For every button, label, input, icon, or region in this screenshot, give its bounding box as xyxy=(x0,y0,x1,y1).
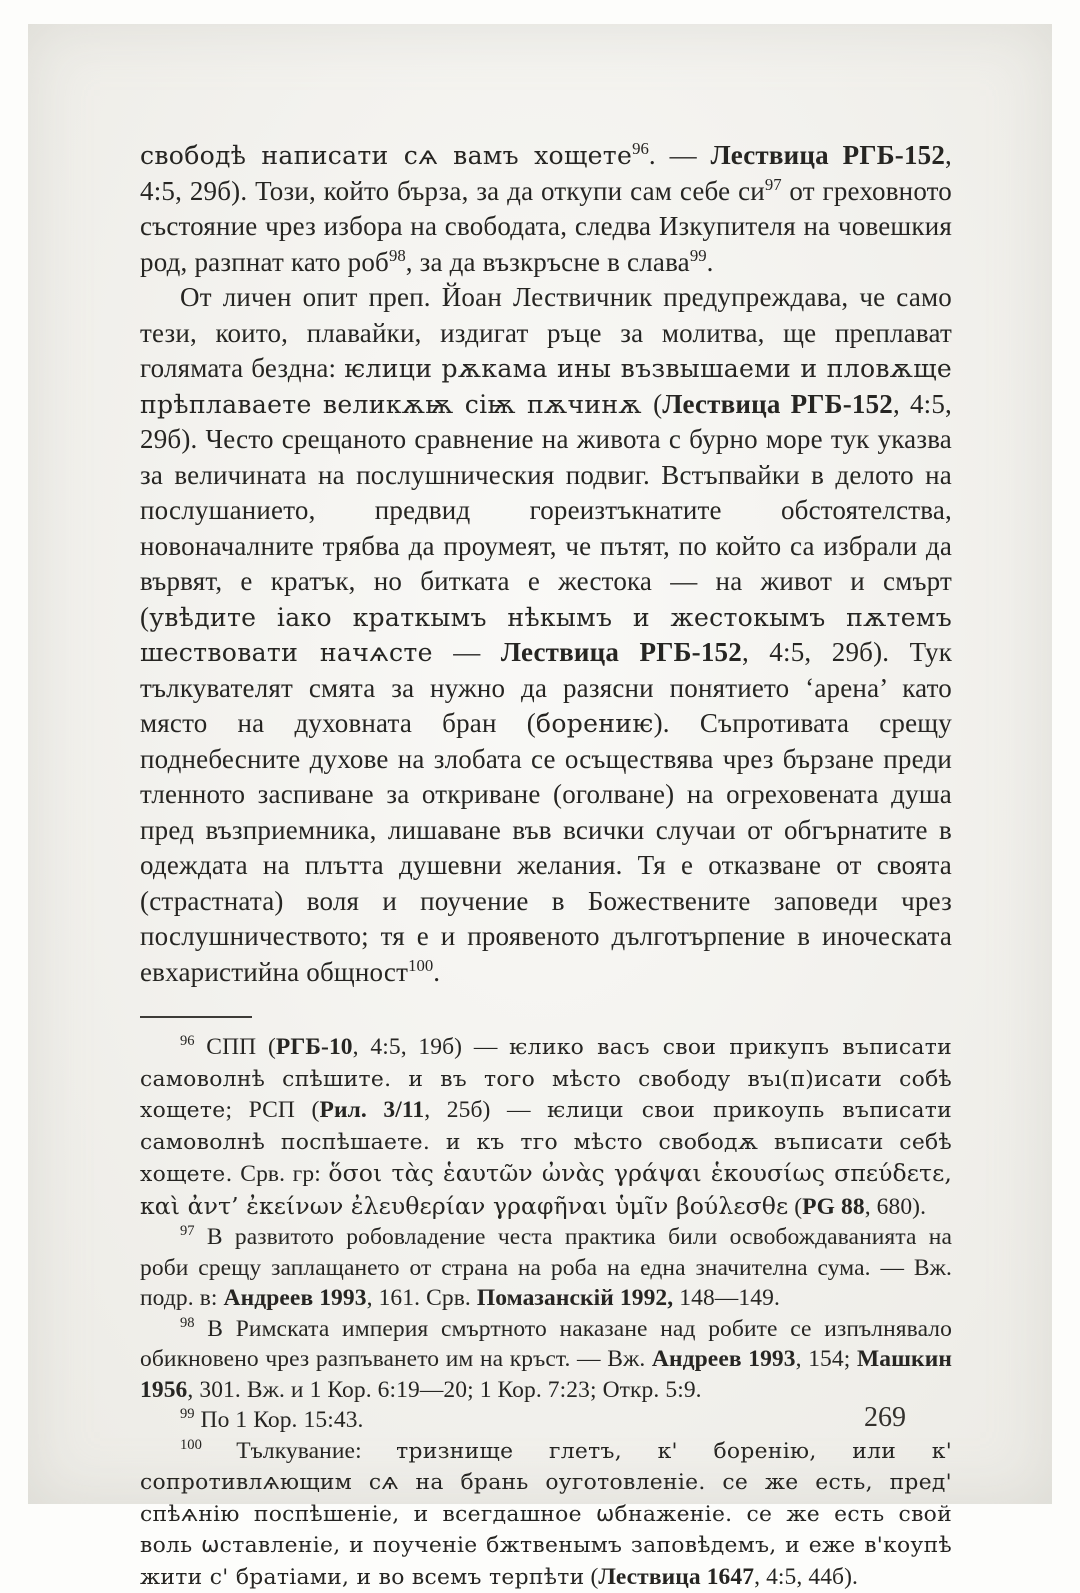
text-run: ( xyxy=(653,389,662,419)
footnote-ref: 99 xyxy=(180,1406,195,1422)
scanned-book-page: { "document": { "page_number": "269", "b… xyxy=(0,0,1080,1528)
bold-reference: Лествица РГБ-152 xyxy=(501,637,742,667)
body-paragraph: От личен опит преп. Йоан Лествичник пред… xyxy=(140,280,952,990)
page-number: 269 xyxy=(864,1402,906,1434)
bold-reference: РГБ-10 xyxy=(276,1034,353,1060)
bold-reference: Андреев 1993 xyxy=(224,1285,367,1311)
text-run: . xyxy=(433,957,440,987)
text-run: ( xyxy=(788,1194,802,1220)
text-run: . xyxy=(707,247,714,277)
text-run: , 154; xyxy=(796,1346,857,1372)
footnote-ref: 98 xyxy=(180,1315,195,1331)
text-run: , 680). xyxy=(865,1194,926,1220)
footnote-ref: 99 xyxy=(690,246,707,265)
text-run: Срв. гр: xyxy=(233,1161,329,1187)
text-run: ). Съпротивата срещу поднебесните духове… xyxy=(140,708,952,987)
text-run: , 25б) — xyxy=(424,1097,547,1123)
text-run: ( xyxy=(584,1564,598,1590)
footnote-ref: 96 xyxy=(632,139,649,158)
footnote-97: 97 В развитото робовладение честа практи… xyxy=(140,1222,952,1314)
footnote-ref: 97 xyxy=(180,1223,195,1239)
text-run: — xyxy=(433,637,501,667)
bold-reference: Рил. 3/11 xyxy=(319,1097,424,1123)
bold-reference: Лествица РГБ-152 xyxy=(662,389,893,419)
footnote-separator-rule xyxy=(140,1016,252,1018)
text-run: . — xyxy=(649,140,711,170)
bold-reference: Помазанскій 1992, xyxy=(477,1285,673,1311)
text-run: Тълкувание: xyxy=(202,1438,396,1464)
footnote-ref: 98 xyxy=(389,246,406,265)
bold-reference: Лествица РГБ-152 xyxy=(711,140,945,170)
text-run: , 4:5, 44б). xyxy=(754,1564,858,1590)
footnote-98: 98 В Римската империя смъртното наказане… xyxy=(140,1314,952,1406)
text-run: По 1 Кор. 15:43. xyxy=(195,1407,364,1433)
footnote-ref: 97 xyxy=(765,175,782,194)
footnote-100: 100 Тълкувание: тризнище глетъ, к' борен… xyxy=(140,1436,952,1593)
body-paragraph-continuation: свободѣ написати сѧ вамъ хощете96. — Лес… xyxy=(140,138,952,280)
bold-reference: PG 88 xyxy=(802,1194,865,1220)
text-block: свободѣ написати сѧ вамъ хощете96. — Лес… xyxy=(140,138,952,1593)
footnote-96: 96 СПП (РГБ-10, 4:5, 19б) — ѥлико васъ с… xyxy=(140,1032,952,1222)
church-slavonic-quote: борениѥ xyxy=(536,709,654,738)
text-run: 148—149. xyxy=(673,1285,780,1311)
text-run: СПП ( xyxy=(195,1034,276,1060)
book-page: свободѣ написати сѧ вамъ хощете96. — Лес… xyxy=(28,24,1052,1504)
footnote-99: 99 По 1 Кор. 15:43. xyxy=(140,1405,952,1436)
text-run: , за да възкръсне в слава xyxy=(406,247,690,277)
text-run: , 301. Вж. и 1 Кор. 6:19—20; 1 Кор. 7:23… xyxy=(187,1377,701,1403)
footnote-ref: 100 xyxy=(180,1437,202,1453)
bold-reference: Лествица 1647 xyxy=(598,1564,754,1590)
text-run: , 4:5, 29б). Често срещаното сравнение н… xyxy=(140,389,952,632)
text-run: , 4:5, 19б) — xyxy=(353,1034,510,1060)
text-run: , 161. Срв. xyxy=(367,1285,477,1311)
church-slavonic-quote: свободѣ написати сѧ вамъ хощете xyxy=(140,141,632,170)
text-run: ; РСП ( xyxy=(226,1097,320,1123)
bold-reference: Андреев 1993 xyxy=(652,1346,796,1372)
footnote-ref: 100 xyxy=(408,956,433,975)
footnote-ref: 96 xyxy=(180,1033,195,1049)
